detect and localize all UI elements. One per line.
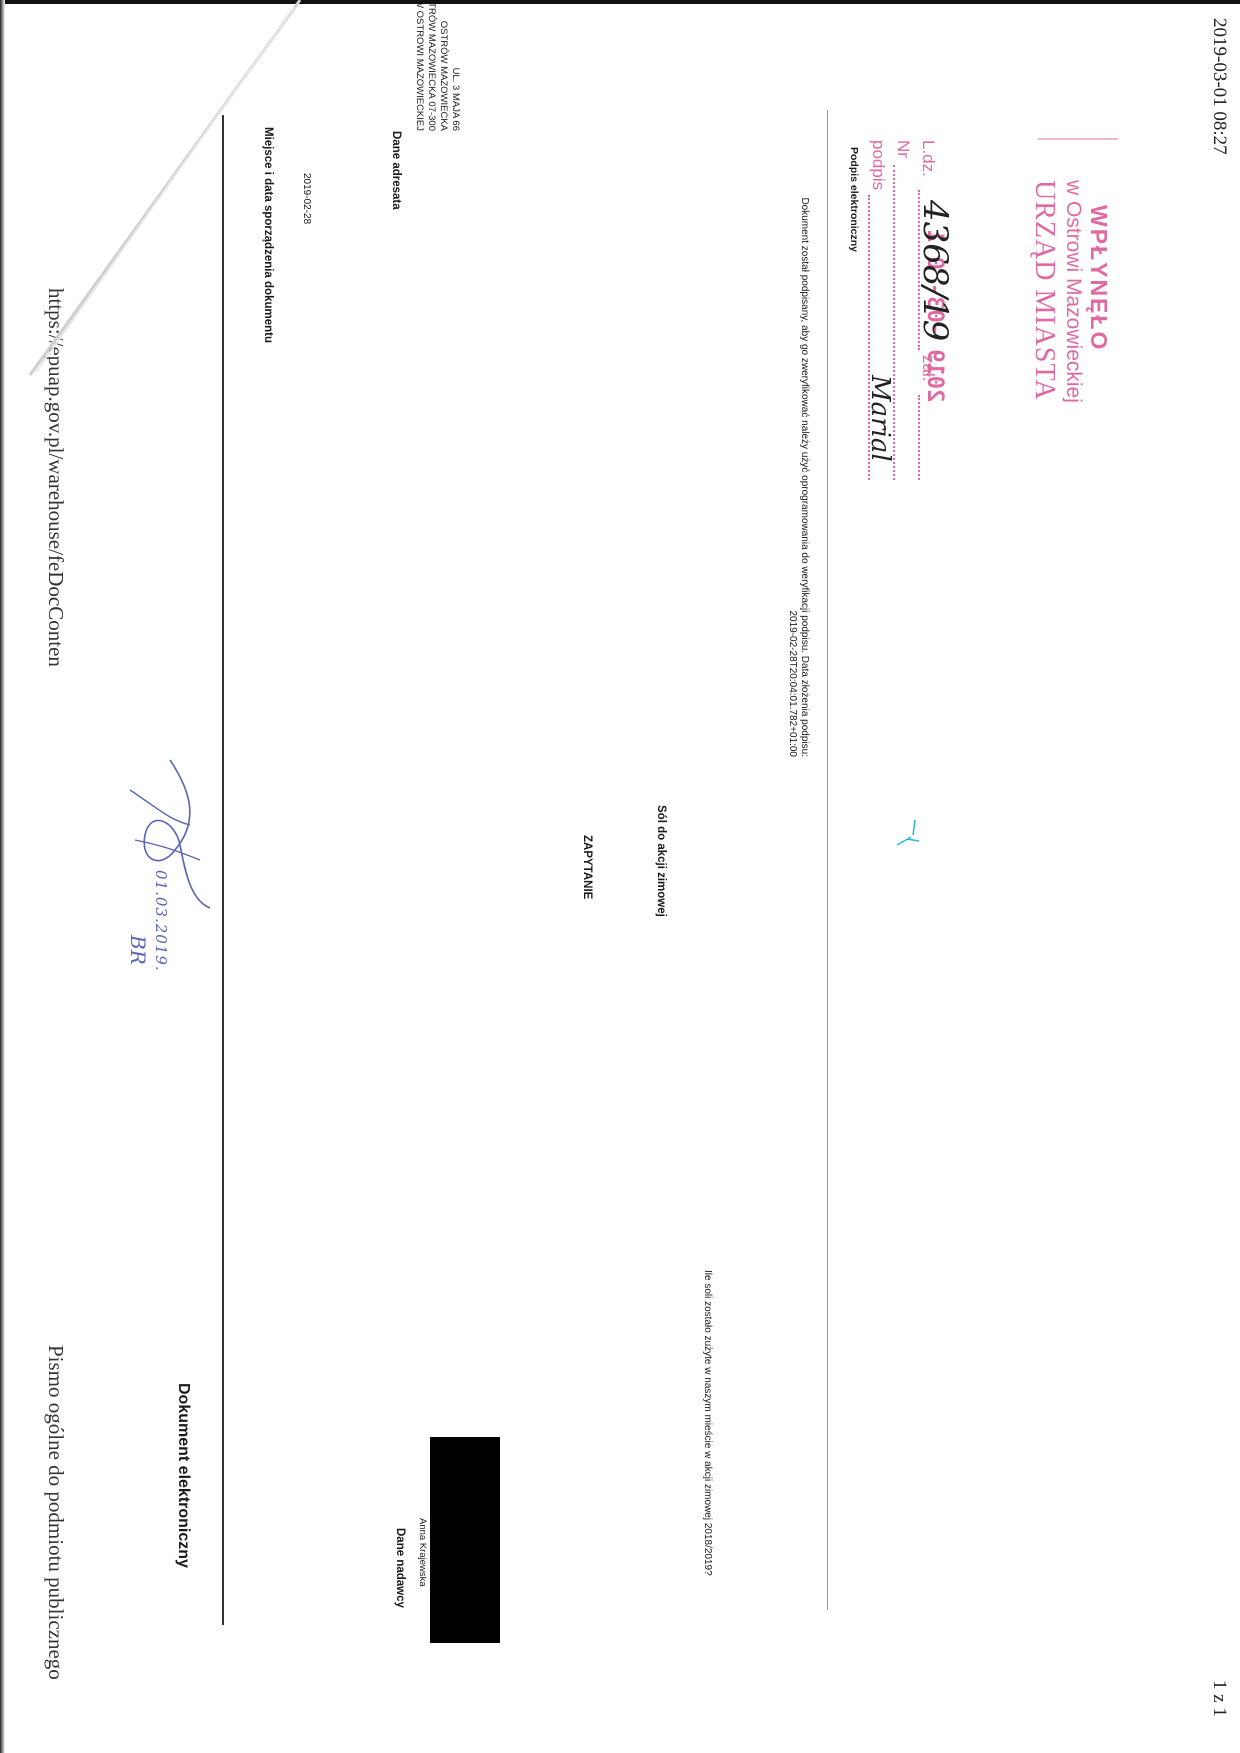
stamp-line-3: WPŁYNĘŁO xyxy=(1085,205,1112,351)
ink-mark-icon xyxy=(885,815,925,855)
sender-label: Dane nadawcy xyxy=(394,1528,406,1608)
stamp-podpis-label: podpis xyxy=(868,140,888,190)
stamp-nr-label: Nr xyxy=(893,140,913,158)
print-header-title: Pismo ogólne do podmiotu publicznego xyxy=(43,1345,68,1680)
stamp-ldz-value: 4368/19 xyxy=(915,200,955,341)
signature-label: Podpis elektroniczny xyxy=(848,147,860,252)
place-date-label: Miejsce i data sporządzenia dokumentu xyxy=(262,127,274,343)
handwritten-signature-icon xyxy=(120,750,230,910)
stamp-zal-dots xyxy=(918,395,920,480)
print-header-url: https://epuap.gov.pl/warehouse/feDocCont… xyxy=(43,288,68,667)
stamp-zal-label: zał. xyxy=(918,355,938,381)
place-date-value: 2019-02-28 xyxy=(300,173,312,224)
sender-name: Anna Krajewska xyxy=(417,1518,428,1587)
stamp-edge-mark xyxy=(1038,138,1118,140)
stamp-podpis-value: Marial xyxy=(865,375,895,462)
stamp-line-2: w Ostrowi Mazowieckiej xyxy=(1061,180,1085,403)
document-heading: ZAPYTANIE xyxy=(581,835,593,899)
scan-timestamp: 2019-03-01 08:27 xyxy=(1208,18,1230,155)
stamp-ldz-label: L.dz. xyxy=(918,140,938,177)
document-body: Ile soli zostało zużyte w naszym mieście… xyxy=(701,1270,713,1576)
signature-rule xyxy=(827,110,828,1610)
signature-note-line-1: Dokument został podpisany, aby go zweryf… xyxy=(798,197,810,757)
rotated-page: Pismo ogólne do podmiotu publicznego htt… xyxy=(0,0,1240,1753)
redaction-block xyxy=(430,1437,500,1643)
handwritten-initials: BR xyxy=(126,935,150,965)
signature-note-line-2: 2019-02-28T20:04:01.782+01:00 xyxy=(786,610,798,757)
stamp-line-1: URZĄD MIASTA xyxy=(1028,180,1060,401)
document-subject: Sól do akcji zimowej xyxy=(655,805,667,917)
addressee-label: Dane adresata xyxy=(390,131,402,210)
page-number: 1 z 1 xyxy=(1208,1680,1230,1717)
document-title: Dokument elektroniczny xyxy=(174,1383,192,1568)
